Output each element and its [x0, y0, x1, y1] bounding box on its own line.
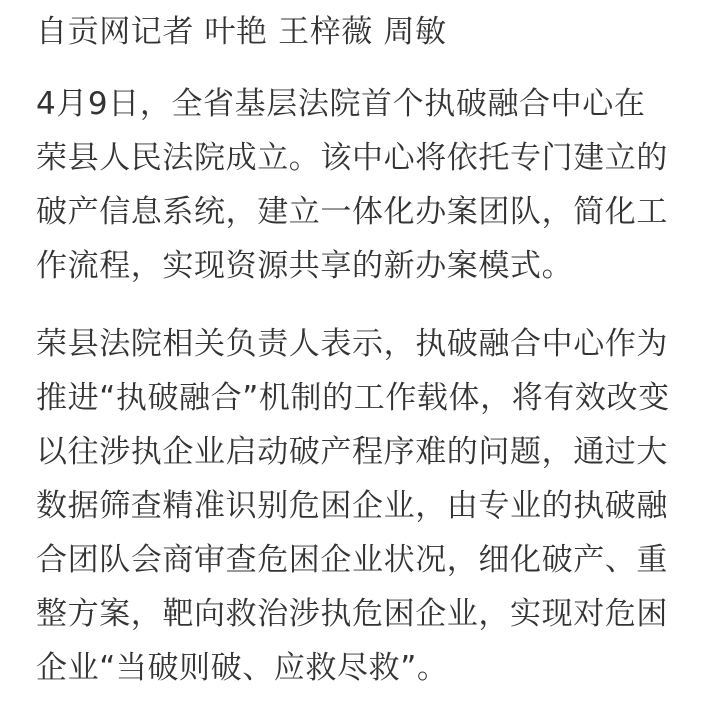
paragraph-line: 以往涉执企业启动破产程序难的问题，通过大	[36, 432, 668, 472]
paragraph-line: 4月9日，全省基层法院首个执破融合中心在	[36, 84, 645, 124]
paragraph-line: 荣县法院相关负责人表示，执破融合中心作为	[36, 324, 668, 364]
paragraph-line: 整方案，靶向救治涉执危困企业，实现对危困	[36, 594, 668, 634]
paragraph-line: 作流程，实现资源共享的新办案模式。	[36, 246, 573, 286]
paragraph-line: 推进“执破融合”机制的工作载体，将有效改变	[36, 378, 670, 418]
paragraph-line: 数据筛查精准识别危困企业，由专业的执破融	[36, 486, 668, 526]
paragraph-line: 破产信息系统，建立一体化办案团队，简化工	[36, 192, 668, 232]
paragraph-line: 企业“当破则破、应救尽救”。	[36, 648, 449, 688]
article-body: 自贡网记者 叶艳 王梓薇 周敏 4月9日，全省基层法院首个执破融合中心在 荣县人…	[0, 0, 720, 725]
paragraph-line: 荣县人民法院成立。该中心将依托专门建立的	[36, 138, 668, 178]
byline: 自贡网记者 叶艳 王梓薇 周敏	[36, 12, 447, 52]
paragraph-line: 合团队会商审查危困企业状况，细化破产、重	[36, 540, 668, 580]
